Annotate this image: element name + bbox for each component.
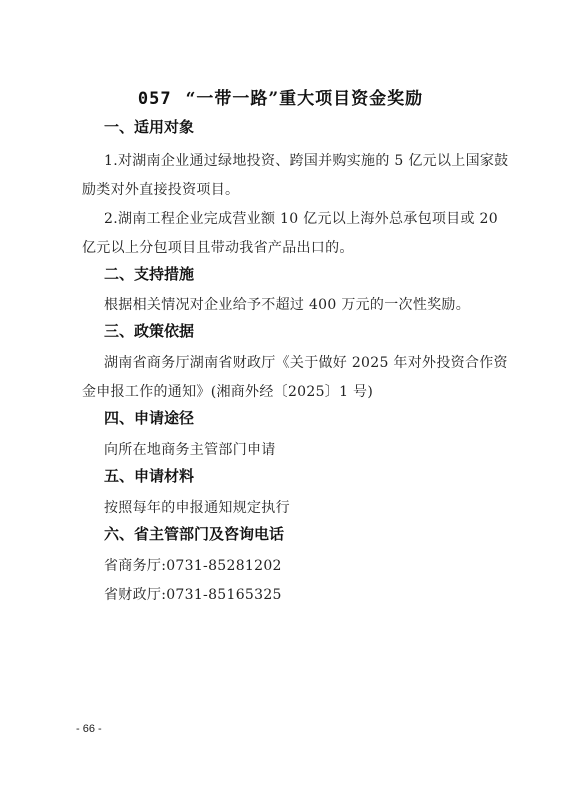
contact-finance-department: 省财政厅:0731-85165325 — [104, 584, 282, 604]
section-heading-policy-basis: 三、政策依据 — [104, 320, 194, 341]
paragraph-1-line-1: 1.对湖南企业通过绿地投资、跨国并购实施的 5 亿元以上国家鼓 — [104, 150, 508, 170]
section-heading-contacts: 六、省主管部门及咨询电话 — [104, 523, 284, 544]
page-title: 057“一带一路”重大项目资金奖励 — [0, 84, 561, 109]
document-page: 057“一带一路”重大项目资金奖励 一、适用对象 1.对湖南企业通过绿地投资、跨… — [0, 0, 561, 793]
title-number: 057 — [138, 89, 172, 109]
section-heading-application-materials: 五、申请材料 — [104, 465, 194, 486]
title-text: “一带一路”重大项目资金奖励 — [186, 89, 424, 109]
section-heading-application-channel: 四、申请途径 — [104, 407, 194, 428]
page-number: - 66 - — [76, 723, 102, 735]
support-measures-text: 根据相关情况对企业给予不超过 400 万元的一次性奖励。 — [104, 294, 470, 314]
paragraph-2-line-1: 2.湖南工程企业完成营业额 10 亿元以上海外总承包项目或 20 — [104, 208, 498, 228]
policy-basis-line-1: 湖南省商务厅湖南省财政厅《关于做好 2025 年对外投资合作资 — [104, 352, 508, 372]
section-heading-applicable-objects: 一、适用对象 — [104, 116, 194, 137]
policy-basis-line-2: 金申报工作的通知》(湘商外经〔2025〕1 号) — [82, 381, 373, 401]
contact-commerce-department: 省商务厅:0731-85281202 — [104, 555, 282, 575]
section-heading-support-measures: 二、支持措施 — [104, 263, 194, 284]
application-materials-text: 按照每年的申报通知规定执行 — [104, 497, 290, 517]
application-channel-text: 向所在地商务主管部门申请 — [104, 439, 276, 459]
paragraph-1-line-2: 励类对外直接投资项目。 — [82, 179, 239, 199]
paragraph-2-line-2: 亿元以上分包项目且带动我省产品出口的。 — [82, 237, 354, 257]
